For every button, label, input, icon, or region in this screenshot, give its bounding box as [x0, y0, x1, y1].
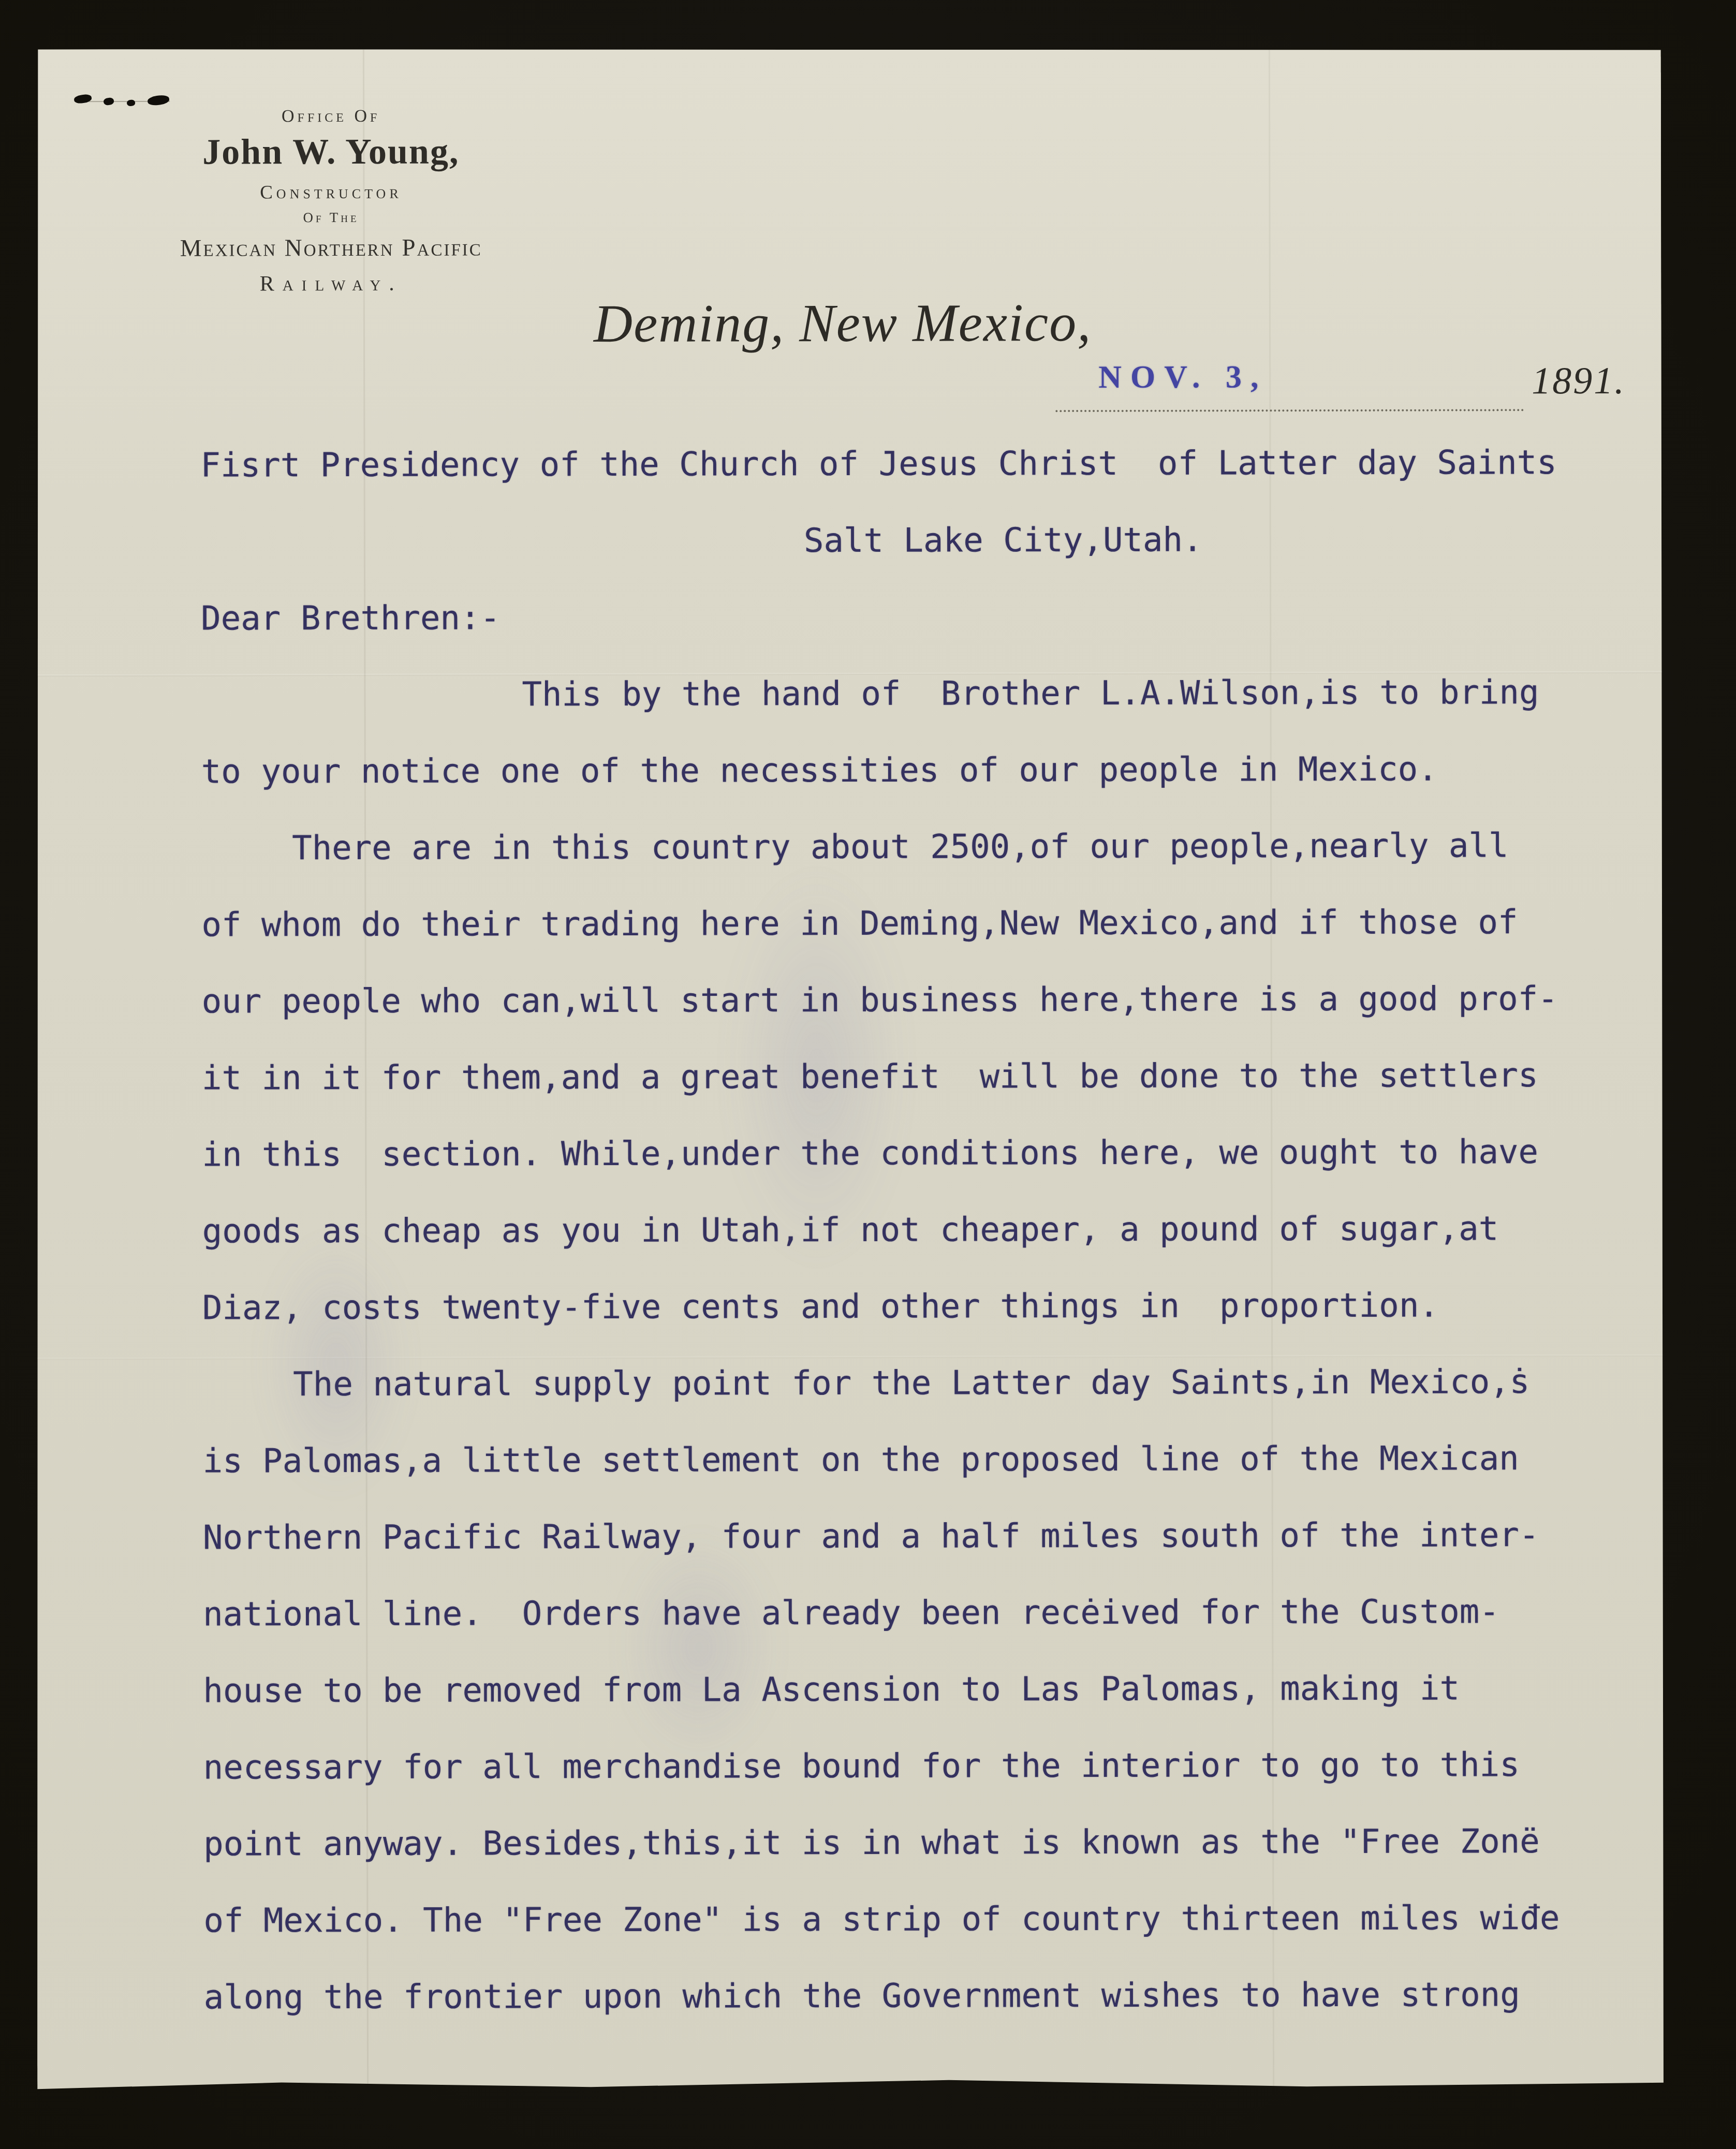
letter-line: of Mexico. The "Free Zone" is a strip of…: [203, 1880, 1663, 1960]
letter-line: to your notice one of the necessities of…: [201, 731, 1661, 811]
letter-line: of whom do their trading here in Deming,…: [201, 884, 1661, 964]
stitch-mark: [127, 99, 136, 106]
stitch-mark: [73, 94, 92, 105]
letter-line: Dear Brethren:-: [201, 578, 1660, 657]
letterhead-office-of: Office Of: [85, 106, 577, 127]
letter-line: Fisrt Presidency of the Church of Jesus …: [200, 424, 1660, 504]
dateline-dotted-rule: [1055, 409, 1524, 412]
letter-line: There are in this country about 2500,of …: [201, 807, 1661, 887]
letter-line: national line. Orders have already been …: [203, 1573, 1663, 1653]
letter-line: Diaz, costs twenty-five cents and other …: [202, 1267, 1662, 1347]
stitch-mark: [103, 97, 114, 106]
date-stamp: NOV. 3,: [1098, 359, 1267, 396]
letter-line: necessary for all merchandise bound for …: [203, 1727, 1663, 1806]
letter-line: it in it for them,and a great benefit wi…: [202, 1037, 1661, 1117]
letterhead: Office Of John W. Young, Constructor Of …: [85, 106, 577, 297]
letter-line: in this section. While,under the conditi…: [202, 1114, 1661, 1194]
letterhead-of-the: Of The: [85, 209, 577, 226]
letter-line: along the frontier upon which the Govern…: [204, 1956, 1664, 2036]
letter-line: goods as cheap as you in Utah,if not che…: [202, 1190, 1662, 1270]
stitch-mark: [147, 94, 170, 106]
letterhead-company-railway: Railway.: [85, 271, 577, 297]
letter-line: house to be removed from La Ascension to…: [203, 1650, 1663, 1730]
letter-line: point anyway. Besides,this,it is in what…: [203, 1803, 1663, 1883]
year-handwritten: 1891.: [1532, 359, 1626, 403]
scan-background: Office Of John W. Young, Constructor Of …: [0, 0, 1736, 2149]
letter-line: is Palomas,a little settlement on the pr…: [202, 1420, 1662, 1500]
letter-line: The natural supply point for the Latter …: [202, 1344, 1662, 1423]
dateline-place-script: Deming, New Mexico,: [594, 292, 1092, 355]
letter-line: This by the hand of Brother L.A.Wilson,i…: [201, 654, 1660, 734]
letterhead-company: Mexican Northern Pacific: [85, 233, 577, 262]
letter-body: Fisrt Presidency of the Church of Jesus …: [200, 424, 1664, 2036]
dateline: Deming, New Mexico, NOV. 3, 1891.: [594, 282, 1635, 418]
letterhead-name: John W. Young,: [85, 131, 577, 173]
letter-page: Office Of John W. Young, Constructor Of …: [33, 46, 1665, 2092]
letterhead-title: Constructor: [85, 181, 577, 204]
letter-line: our people who can,will start in busines…: [202, 961, 1661, 1040]
letter-line: Salt Lake City,Utah.: [201, 501, 1660, 581]
letter-line: Northern Pacific Railway, four and a hal…: [203, 1497, 1663, 1577]
